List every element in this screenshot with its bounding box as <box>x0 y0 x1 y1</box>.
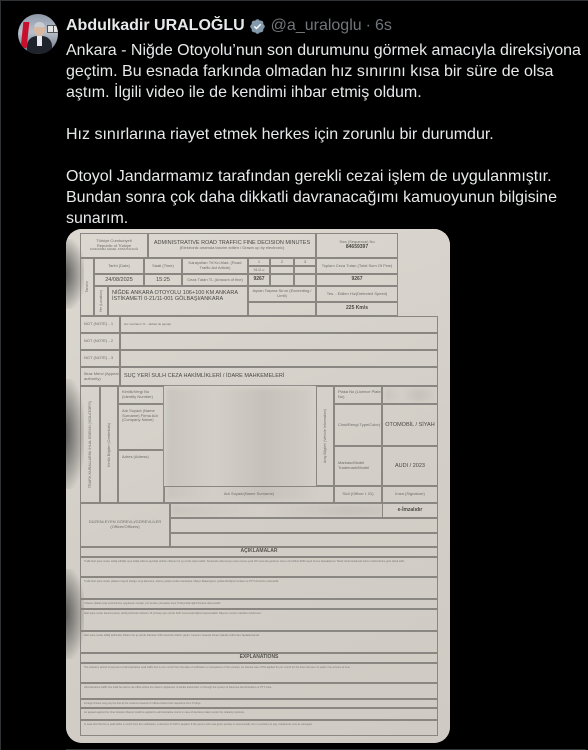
explanation-paragraph: Foreign drivers may pay the fine at the … <box>80 699 438 708</box>
place-line: İSTİKAMETİ 0-21/11-001 GÖLBAŞI/ANKARA <box>112 296 223 302</box>
violator-section-cell: TRAFİK KURALLARINI İHLAL EDENİN (VIOLATO… <box>80 386 100 503</box>
authority-label: İtiraz Merci (Appeal authority) <box>84 372 119 381</box>
name-label-cell: Adı Soyadı (Name Surname) Firma Adı (Com… <box>118 404 164 450</box>
article-value-cell: 51/2-c <box>248 266 270 274</box>
authority-label-cell: İtiraz Merci (Appeal authority) <box>80 367 120 386</box>
sequence-no: 84659397 <box>346 245 368 251</box>
empty-cell <box>270 274 294 286</box>
article-col-label: 1 <box>258 260 260 265</box>
signature-value: e-İmzalıdır <box>398 508 423 514</box>
plate-value-cell <box>382 386 438 404</box>
side-label: Tanzim <box>85 281 89 292</box>
place-label-cell: Yer (Location) <box>94 286 108 316</box>
model-value: AUDI / 2023 <box>395 463 425 469</box>
avatar-hair <box>34 22 45 27</box>
date-value-cell: 24/08/2025 <box>94 274 144 286</box>
note-label: NOT (NOTE) - 1 <box>84 322 113 327</box>
explanation-paragraph: Yabancı plakalı araç sürücülerine uygula… <box>80 599 438 609</box>
officers-label-cell: DÜZENLEYEN GÖREVLİ/GÖREVLİLER (Officer/O… <box>80 503 170 547</box>
explanations-en-title: EXPLANATIONS <box>240 655 279 661</box>
officer-name-label-cell: Adı Soyadı(Name Surname) <box>164 486 334 503</box>
registry-label-cell: Sicil (Officer I. ID) <box>334 486 382 503</box>
redacted-personal-info <box>166 388 312 500</box>
note-cell <box>120 350 438 367</box>
type-label: Cinsi/Rengi Type/Color) <box>338 423 380 428</box>
explanation-paragraph: Trafik idari para cezası tebliğ edildiği… <box>80 557 438 577</box>
empty-cell <box>270 266 294 274</box>
model-label: Markası/Model Trademark/Model <box>338 461 381 470</box>
time-label: Saati (Time) <box>152 264 174 269</box>
speed-limit-label-cell: Aşılan Taşıma Sınırı (Exceeding / Limit) <box>248 286 316 302</box>
title-cell: ADMINISTRATIVE ROAD TRAFFIC FINE DECISIO… <box>148 233 316 258</box>
type-value-cell: OTOMOBİL / SİYAH <box>382 404 438 446</box>
address-label: Adres (Adress) <box>122 455 149 460</box>
empty-cell <box>294 266 316 274</box>
explanations-en-header: EXPLANATIONS <box>80 653 438 663</box>
empty-cell <box>294 274 316 286</box>
officer-row <box>170 533 438 547</box>
fine-label-cell: Ceza Tutarı TL (Amount of fine) <box>182 274 248 286</box>
time-value: 15:25 <box>156 277 170 283</box>
explanation-paragraph: İdari para cezası kararına karşı, tebliğ… <box>80 609 438 631</box>
document-subtitle: (Elektronik ortamda tanzim edilen / Draw… <box>180 246 285 251</box>
place-label: Yer (Location) <box>99 290 103 312</box>
personal-section-label: Kimlik Bilgileri (Credentials) <box>107 423 111 467</box>
total-amount: 9267 <box>351 277 362 283</box>
total-label: Toplam Ceza Tutarı (Total Sum Of Fine) <box>322 264 392 269</box>
speed-value: 225 Km/s <box>346 306 368 312</box>
tweet-paragraph: Otoyol Jandarmamız tarafından gerekli ce… <box>66 166 581 229</box>
officer-row <box>170 518 438 533</box>
speed-value-cell: 225 Km/s <box>316 302 398 316</box>
officers-label: DÜZENLEYEN GÖREVLİ/GÖREVLİLER (Officer/O… <box>81 520 169 529</box>
wall-frame <box>53 25 58 33</box>
explanation-paragraph: Trafik idari para cezası plakanın kayıtl… <box>80 577 438 599</box>
verified-badge-icon <box>249 18 266 35</box>
side-label-cell: Tanzim <box>80 258 94 316</box>
total-label-cell: Toplam Ceza Tutarı (Total Sum Of Fine) <box>316 258 398 274</box>
author-name[interactable]: Abdulkadir URALOĞLU <box>66 17 245 35</box>
time-label-cell: Saati (Time) <box>144 258 182 274</box>
speed-label-cell: Tes. - Edilen Hız(Detected Speed) <box>316 286 398 302</box>
plate-label: Plaka No (Licence Plate No) <box>338 390 381 399</box>
note-label: NOT (NOTE) - 3 <box>84 356 113 361</box>
date-label-cell: Tarihi (Date) <box>94 258 144 274</box>
place-cell: NİĞDE ANKARA OTOYOLU 106+100 KM ANKARA İ… <box>108 286 248 316</box>
article-col-label: 3 <box>304 260 306 265</box>
signature-label-cell: İmza (Signature) <box>382 486 438 503</box>
note-text: Hız sınırlarını %... fazlası ile aşmak <box>124 323 171 326</box>
model-label-cell: Markası/Model Trademark/Model <box>334 446 382 486</box>
vehicle-section-label: Araç Bilgileri (Vehicle Information) <box>323 409 327 463</box>
date-value: 24/08/2025 <box>105 277 133 283</box>
tweet-header: Abdulkadir URALOĞLU @a_uraloglu · 6s <box>66 15 392 37</box>
issuer: JANDARMA GENEL KOMUTANLIĞI <box>90 248 139 251</box>
address-label-cell: Adres (Adress) <box>118 450 164 503</box>
id-label-cell: Kimlik/Vergi No (Identity Number) <box>118 386 164 404</box>
sequence-cell: Sıra (Sequence) No 84659397 <box>316 233 398 258</box>
note-cell: Hız sınırlarını %... fazlası ile aşmak <box>120 316 438 333</box>
speed-limit-label: Aşılan Taşıma Sınırı (Exceeding / Limit) <box>249 289 315 298</box>
article-value: 51/2-c <box>253 268 264 273</box>
explanations-tr-header: AÇIKLAMALAR <box>80 547 438 557</box>
type-value: OTOMOBİL / SİYAH <box>385 422 434 428</box>
registry-label: Sicil (Officer I. ID) <box>342 492 373 497</box>
country-cell: Türkiye Cumhuriyeti Republic of Türkiye … <box>80 233 148 258</box>
article-col: 3 <box>294 258 316 266</box>
violator-section-label: TRAFİK KURALLARINI İHLAL EDENİN (VIOLATO… <box>88 401 92 488</box>
tweet-text: Ankara - Niğde Otoyolu’nun son durumunu … <box>66 40 581 229</box>
explanation-paragraph: İdari para cezası tebliğ tarihinden itib… <box>80 631 438 653</box>
fine-amount-cell: 9267 <box>248 274 270 286</box>
explanation-paragraph: In case that the fine is paid within a m… <box>80 720 438 736</box>
article-label: Karayolları Trf.Kn.Mad. (Road Traffic Ac… <box>183 261 247 270</box>
article-label-cell: Karayolları Trf.Kn.Mad. (Road Traffic Ac… <box>182 258 248 274</box>
total-amount-cell: 9267 <box>316 274 398 286</box>
explanations-tr-title: AÇIKLAMALAR <box>241 549 278 555</box>
fine-amount: 9267 <box>253 277 264 283</box>
name-label: Adı Soyadı (Name Surname) Firma Adı (Com… <box>122 409 163 423</box>
note-label-cell: NOT (NOTE) - 2 <box>80 333 120 350</box>
article-col-label: 2 <box>281 260 283 265</box>
vehicle-section-cell: Araç Bilgileri (Vehicle Information) <box>316 386 334 486</box>
model-value-cell: AUDI / 2023 <box>382 446 438 486</box>
fine-label: Ceza Tutarı TL (Amount of fine) <box>187 278 243 283</box>
personal-section-cell: Kimlik Bilgileri (Credentials) <box>100 386 118 503</box>
note-label: NOT (NOTE) - 2 <box>84 339 113 344</box>
note-label-cell: NOT (NOTE) - 3 <box>80 350 120 367</box>
tweet-paragraph: Hız sınırlarına riayet etmek herkes için… <box>66 124 581 145</box>
article-col: 1 <box>248 258 270 266</box>
signature-value-cell: e-İmzalıdır <box>382 503 438 518</box>
avatar-shirt <box>37 36 42 46</box>
explanation-paragraph: The statutory period of payment of admin… <box>80 663 438 683</box>
tweet-timestamp[interactable]: 6s <box>375 17 392 35</box>
plate-label-cell: Plaka No (Licence Plate No) <box>334 386 382 404</box>
id-label: Kimlik/Vergi No (Identity Number) <box>122 390 163 399</box>
speed-label: Tes. - Edilen Hız(Detected Speed) <box>327 292 387 297</box>
note-label-cell: NOT (NOTE) - 1 <box>80 316 120 333</box>
signature-label: İmza (Signature) <box>395 492 425 497</box>
date-label: Tarihi (Date) <box>108 264 130 269</box>
officer-name-label: Adı Soyadı(Name Surname) <box>224 492 274 497</box>
note-cell <box>120 333 438 350</box>
author-handle[interactable]: @a_uraloglu <box>271 17 362 35</box>
redacted-plate <box>385 389 435 401</box>
authority-value: SUÇ YERİ SULH CEZA HAKİMLİKLERİ / İDARE … <box>124 373 284 379</box>
tweet-media-photo[interactable]: Türkiye Cumhuriyeti Republic of Türkiye … <box>66 229 450 743</box>
type-label-cell: Cinsi/Rengi Type/Color) <box>334 404 382 446</box>
article-col: 2 <box>270 258 294 266</box>
tweet-paragraph: Ankara - Niğde Otoyolu’nun son durumunu … <box>66 40 581 103</box>
separator-dot: · <box>366 17 371 35</box>
explanation-paragraph: Administrative traffic fine shall be pai… <box>80 683 438 699</box>
avatar[interactable] <box>18 14 58 54</box>
empty-cell <box>248 302 316 316</box>
time-value-cell: 15:25 <box>144 274 182 286</box>
explanation-paragraph: An appeal against the Fine Decision Repo… <box>80 708 438 720</box>
authority-cell: SUÇ YERİ SULH CEZA HAKİMLİKLERİ / İDARE … <box>120 367 438 386</box>
